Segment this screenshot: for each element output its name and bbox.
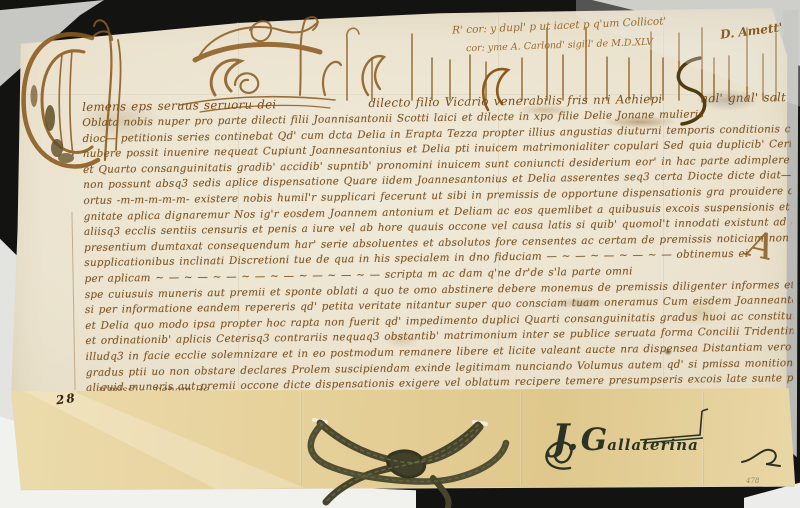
plica-crease — [300, 392, 302, 486]
plica-archive-number: 28 — [55, 391, 77, 408]
signature-initial-J: J. — [552, 417, 579, 459]
plica-crease — [520, 392, 522, 486]
signature-name: allaterina — [607, 436, 699, 454]
notary-signature: J.Gallaterina — [552, 420, 782, 456]
signature-initial-G: G — [581, 422, 607, 458]
faint-pencil-number: 478 — [746, 477, 759, 485]
opening-segment-3: nal' gnal' salt et aplicam ben — [700, 89, 794, 107]
manuscript-photo-scene: R' cor: y dupl' p ut iacet p q'um Collic… — [0, 0, 800, 508]
manuscript-text-block: lemens eps seruus seruoru dei dilecto fi… — [82, 86, 794, 397]
